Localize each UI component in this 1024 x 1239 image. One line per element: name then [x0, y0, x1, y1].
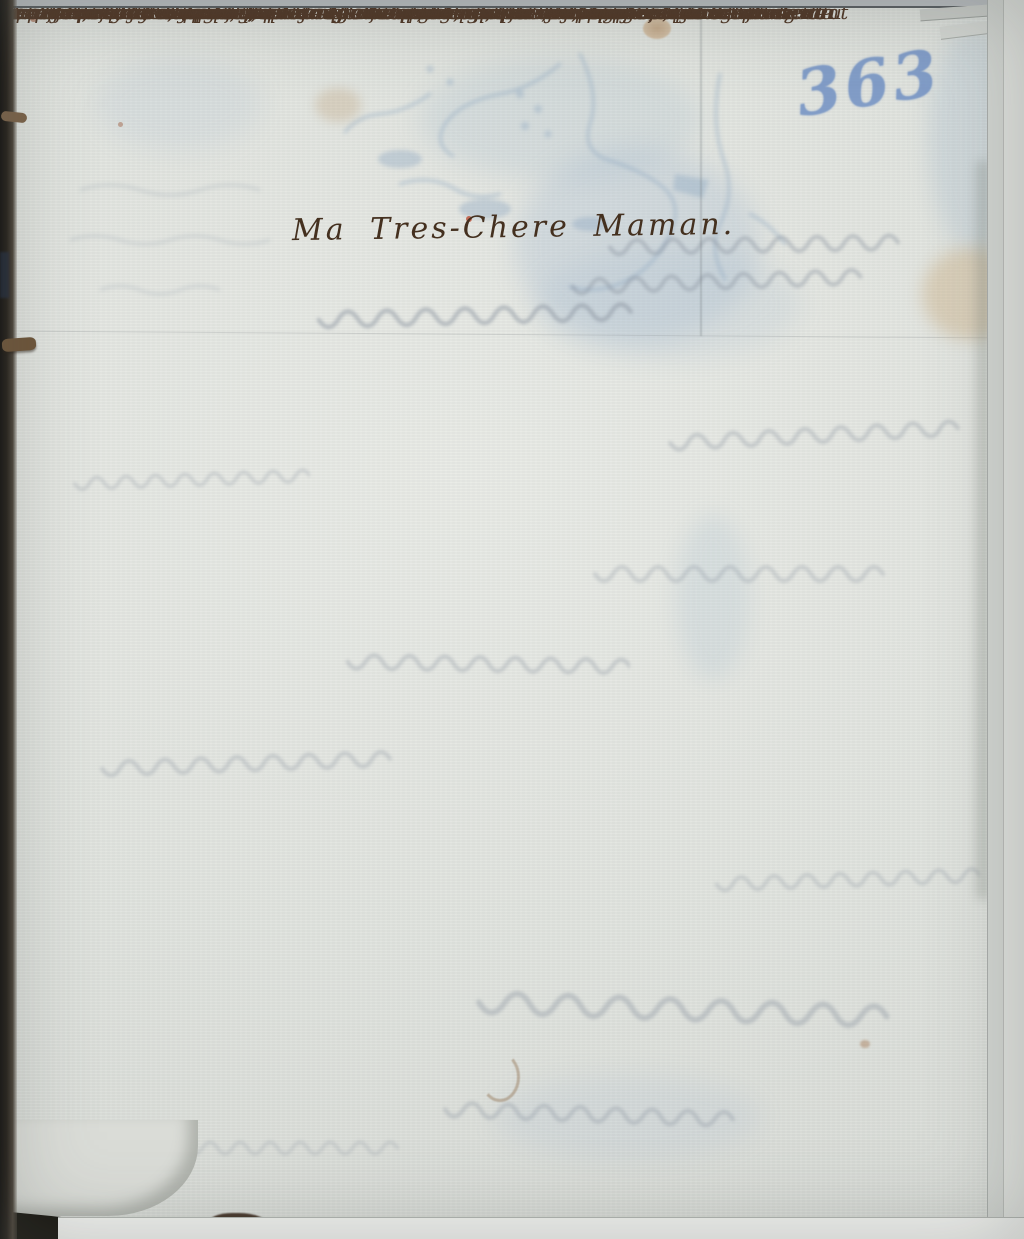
bleedthrough-text-line — [300, 1092, 860, 1136]
page-corner-curl — [8, 1120, 198, 1216]
book-binding-edge — [0, 0, 17, 1239]
bleedthrough-text-line — [700, 863, 981, 897]
blue-ink-smudge — [0, 252, 9, 298]
rust-spot — [860, 1040, 870, 1048]
underlying-page-edge — [1003, 0, 1024, 1239]
page-top-edge — [0, 0, 1024, 8]
manuscript-page: 363 Ma Tres-Chere Maman. Je partis il ÿ … — [0, 0, 1024, 1239]
brown-pen-smudge — [480, 1052, 520, 1102]
bleedthrough-text-line — [62, 746, 413, 782]
underlying-page-edge — [987, 0, 1004, 1239]
bleedthrough-text-line — [640, 415, 971, 456]
underlying-page-bottom-edge — [58, 1217, 1024, 1239]
bleedthrough-text-line — [330, 649, 630, 678]
map-bleedthrough-wash — [96, 58, 261, 150]
rust-spot — [118, 122, 123, 127]
binding-stitch — [2, 337, 37, 352]
bleedthrough-text-line — [60, 464, 311, 497]
vertical-fold-crease — [700, 6, 702, 336]
bleedthrough-text-line — [520, 562, 940, 586]
map-bleedthrough-wash — [676, 515, 750, 680]
bleedthrough-text-line — [420, 983, 921, 1034]
page-number: 363 — [791, 35, 947, 132]
letter-salutation: Ma Tres-Chere Maman. — [292, 207, 736, 248]
